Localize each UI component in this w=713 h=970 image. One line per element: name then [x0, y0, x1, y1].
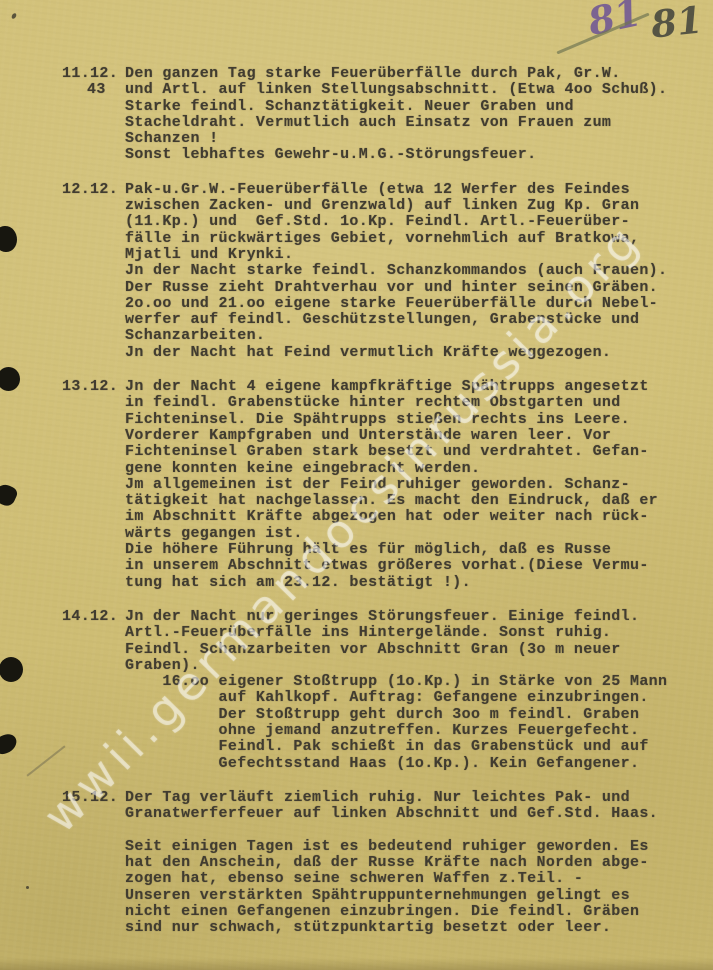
text-line: zogen hat, ebenso seine schweren Waffen …	[125, 871, 678, 887]
text-line: Mjatli und Krynki.	[125, 247, 678, 263]
text-line: Jn der Nacht 4 eigene kampfkräftige Späh…	[125, 379, 678, 395]
entry-date-column: 15.12.	[62, 790, 125, 937]
diary-entry: 13.12.Jn der Nacht 4 eigene kampfkräftig…	[62, 379, 678, 591]
entry-text: Den ganzen Tag starke Feuerüberfälle dur…	[125, 66, 678, 164]
text-line: Fichteninsel. Die Spähtrupps stießen rec…	[125, 412, 678, 428]
text-line: Pak-u.Gr.W.-Feuerüberfälle (etwa 12 Werf…	[125, 182, 678, 198]
entry-text: Pak-u.Gr.W.-Feuerüberfälle (etwa 12 Werf…	[125, 182, 678, 361]
diary-entries: 11.12.43Den ganzen Tag starke Feuerüberf…	[62, 66, 678, 955]
punch-hole	[0, 732, 19, 757]
text-line: Fichteninsel Graben stark besetzt und ve…	[125, 444, 678, 460]
text-line: hat den Anschein, daß der Russe Kräfte n…	[125, 855, 678, 871]
entry-text: Der Tag verläuft ziemlich ruhig. Nur lei…	[125, 790, 678, 937]
entry-date: 13.12.	[62, 379, 125, 395]
punch-hole	[0, 481, 19, 508]
text-line: sind nur schwach, stützpunktartig besetz…	[125, 920, 678, 936]
text-line: nicht einen Gefangenen einzubringen. Die…	[125, 904, 678, 920]
text-line: Feindl. Pak schießt in das Grabenstück u…	[125, 739, 678, 755]
entry-date: 14.12.	[62, 609, 125, 625]
pencil-mark	[26, 745, 65, 776]
entry-text: Jn der Nacht 4 eigene kampfkräftige Späh…	[125, 379, 678, 591]
text-line: Jm allgemeinen ist der Feind ruhiger gew…	[125, 477, 678, 493]
scanned-document-page: 81 81 11.12.43Den ganzen Tag starke Feue…	[0, 0, 713, 970]
entry-date: 12.12.	[62, 182, 125, 198]
page-number: 81	[649, 0, 705, 47]
entry-year: 43	[62, 82, 125, 98]
text-line: tung hat sich am 23.12. bestätigt !).	[125, 575, 678, 591]
entry-date: 11.12.	[62, 66, 125, 82]
text-line: Jn der Nacht nur geringes Störungsfeuer.…	[125, 609, 678, 625]
entry-date-column: 14.12.	[62, 609, 125, 772]
text-line: Granatwerferfeuer auf linken Abschnitt u…	[125, 806, 678, 822]
diary-entry: 12.12.Pak-u.Gr.W.-Feuerüberfälle (etwa 1…	[62, 182, 678, 361]
text-line: Den ganzen Tag starke Feuerüberfälle dur…	[125, 66, 678, 82]
text-line: 2o.oo und 21.oo eigene starke Feuerüberf…	[125, 296, 678, 312]
text-line: ohne jemand anzutreffen. Kurzes Feuergef…	[125, 723, 678, 739]
entry-date-column: 12.12.	[62, 182, 125, 361]
text-line: und Artl. auf linken Stellungsabschnitt.…	[125, 82, 678, 98]
text-line	[125, 822, 678, 838]
diary-entry: 11.12.43Den ganzen Tag starke Feuerüberf…	[62, 66, 678, 164]
entry-date-column: 13.12.	[62, 379, 125, 591]
text-line: 16.oo eigener Stoßtrupp (1o.Kp.) in Stär…	[125, 674, 678, 690]
text-line: Artl.-Feuerüberfälle ins Hintergelände. …	[125, 625, 678, 641]
text-line: in unserem Abschnitt etwas größeres vorh…	[125, 558, 678, 574]
entry-date: 15.12.	[62, 790, 125, 806]
text-line: Schanzarbeiten.	[125, 328, 678, 344]
text-line: Gefechtsstand Haas (1o.Kp.). Kein Gefang…	[125, 756, 678, 772]
text-line: gene konnten keine eingebracht werden.	[125, 461, 678, 477]
text-line: werfer auf feindl. Geschützstellungen, G…	[125, 312, 678, 328]
text-line: (11.Kp.) und Gef.Std. 1o.Kp. Feindl. Art…	[125, 214, 678, 230]
text-line: Jn der Nacht hat Feind vermutlich Kräfte…	[125, 345, 678, 361]
text-line: in feindl. Grabenstücke hinter rechtem O…	[125, 395, 678, 411]
diary-entry: 15.12.Der Tag verläuft ziemlich ruhig. N…	[62, 790, 678, 937]
text-line: Die höhere Führung hält es für möglich, …	[125, 542, 678, 558]
diary-entry: 14.12.Jn der Nacht nur geringes Störungs…	[62, 609, 678, 772]
ink-speck	[26, 886, 29, 889]
text-line: Der Tag verläuft ziemlich ruhig. Nur lei…	[125, 790, 678, 806]
text-line: Der Stoßtrupp geht durch 3oo m feindl. G…	[125, 707, 678, 723]
text-line: wärts gegangen ist.	[125, 526, 678, 542]
text-line: Vorderer Kampfgraben und Unterstände war…	[125, 428, 678, 444]
text-line: Der Russe zieht Drahtverhau vor und hint…	[125, 280, 678, 296]
text-line: Graben).	[125, 658, 678, 674]
text-line: Sonst lebhaftes Gewehr-u.M.G.-Störungsfe…	[125, 147, 678, 163]
text-line: im Abschnitt Kräfte abgezogen hat oder w…	[125, 509, 678, 525]
text-line: Jn der Nacht starke feindl. Schanzkomman…	[125, 263, 678, 279]
text-line: Unseren verstärkten Spähtruppunternehmun…	[125, 888, 678, 904]
punch-hole	[0, 226, 17, 252]
entry-date-column: 11.12.43	[62, 66, 125, 164]
text-line: auf Kahlkopf. Auftrag: Gefangene einzubr…	[125, 690, 678, 706]
text-line: zwischen Zacken- und Grenzwald) auf link…	[125, 198, 678, 214]
text-line: Stacheldraht. Vermutlich auch Einsatz vo…	[125, 115, 678, 131]
text-line: fälle in rückwärtiges Gebiet, vornehmlic…	[125, 231, 678, 247]
text-line: Starke feindl. Schanztätigkeit. Neuer Gr…	[125, 99, 678, 115]
text-line: Feindl. Schanzarbeiten vor Abschnitt Gra…	[125, 642, 678, 658]
punch-hole	[0, 367, 20, 391]
ink-speck	[11, 12, 17, 19]
text-line: tätigkeit hat nachgelassen. Es macht den…	[125, 493, 678, 509]
entry-text: Jn der Nacht nur geringes Störungsfeuer.…	[125, 609, 678, 772]
punch-hole	[0, 657, 23, 682]
text-line: Seit einigen Tagen ist es bedeutend ruhi…	[125, 839, 678, 855]
